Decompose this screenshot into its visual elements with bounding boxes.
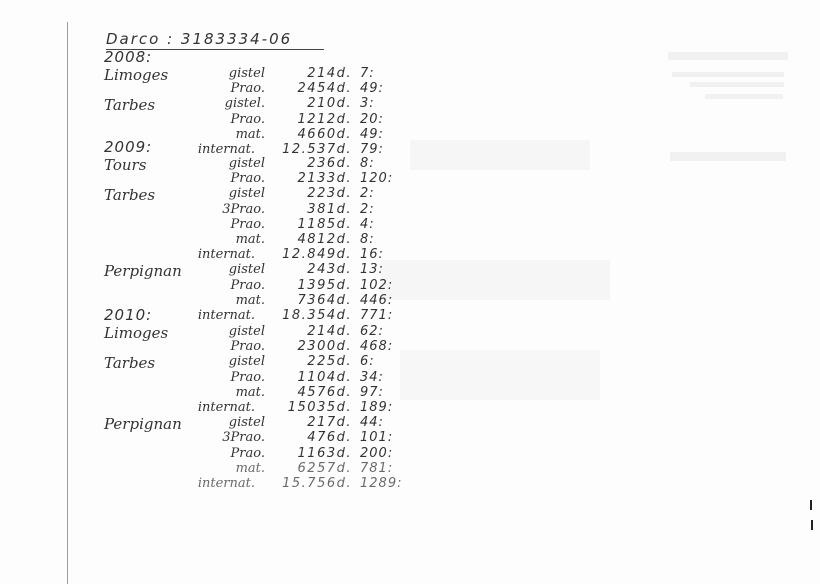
count-value: 4:	[360, 217, 410, 232]
days-value: 6257d.	[262, 461, 352, 476]
category-label: internat.	[175, 308, 255, 323]
days-value: 1163d.	[262, 446, 352, 461]
category-label: 3Prao.	[185, 202, 265, 217]
category-label: gistel	[185, 415, 265, 430]
count-value: 200:	[360, 446, 410, 461]
category-label: Prao.	[185, 217, 265, 232]
scanned-page: Darco : 3183334-06 2008:Limogesgistel214…	[0, 0, 820, 584]
category-label: Prao.	[185, 446, 265, 461]
days-value: 214d.	[262, 324, 352, 339]
ledger-row: internat.15.756d.1289:	[0, 476, 820, 494]
category-label: internat.	[175, 142, 255, 157]
edge-mark	[810, 500, 812, 510]
count-value: 16:	[360, 247, 410, 262]
count-value: 2:	[360, 186, 410, 201]
count-value: 49:	[360, 127, 410, 142]
count-value: 8:	[360, 156, 410, 171]
category-label: gistel	[185, 66, 265, 81]
count-value: 20:	[360, 112, 410, 127]
days-value: 1212d.	[262, 112, 352, 127]
count-value: 781:	[360, 461, 410, 476]
days-value: 4660d.	[262, 127, 352, 142]
count-value: 120:	[360, 171, 410, 186]
count-value: 102:	[360, 278, 410, 293]
days-value: 15.756d.	[262, 476, 352, 491]
category-label: internat.	[175, 400, 255, 415]
days-value: 210d.	[262, 96, 352, 111]
category-label: mat.	[185, 385, 265, 400]
days-value: 18.354d.	[262, 308, 352, 323]
bleed-through-text	[668, 52, 788, 60]
days-value: 12.849d.	[262, 247, 352, 262]
count-value: 468:	[360, 339, 410, 354]
days-value: 2300d.	[262, 339, 352, 354]
days-value: 4576d.	[262, 385, 352, 400]
category-label: gistel.	[185, 96, 265, 111]
category-label: gistel	[185, 262, 265, 277]
category-label: mat.	[185, 461, 265, 476]
category-label: mat.	[185, 232, 265, 247]
category-label: Prao.	[185, 81, 265, 96]
count-value: 6:	[360, 354, 410, 369]
count-value: 3:	[360, 96, 410, 111]
count-value: 44:	[360, 415, 410, 430]
days-value: 225d.	[262, 354, 352, 369]
days-value: 2133d.	[262, 171, 352, 186]
days-value: 381d.	[262, 202, 352, 217]
category-label: internat.	[175, 247, 255, 262]
count-value: 189:	[360, 400, 410, 415]
days-value: 223d.	[262, 186, 352, 201]
days-value: 236d.	[262, 156, 352, 171]
category-label: 3Prao.	[185, 430, 265, 445]
edge-mark	[811, 520, 813, 530]
days-value: 476d.	[262, 430, 352, 445]
days-value: 15035d.	[262, 400, 352, 415]
count-value: 62:	[360, 324, 410, 339]
category-label: Prao.	[185, 112, 265, 127]
count-value: 8:	[360, 232, 410, 247]
days-value: 4812d.	[262, 232, 352, 247]
count-value: 2:	[360, 202, 410, 217]
year-heading: 2008:	[104, 48, 152, 66]
days-value: 12.537d.	[262, 142, 352, 157]
days-value: 214d.	[262, 66, 352, 81]
document-header: Darco : 3183334-06	[106, 30, 324, 50]
days-value: 2454d.	[262, 81, 352, 96]
count-value: 101:	[360, 430, 410, 445]
count-value: 7:	[360, 66, 410, 81]
days-value: 7364d.	[262, 293, 352, 308]
count-value: 79:	[360, 142, 410, 157]
category-label: gistel	[185, 354, 265, 369]
category-label: Prao.	[185, 370, 265, 385]
days-value: 217d.	[262, 415, 352, 430]
count-value: 97:	[360, 385, 410, 400]
category-label: Prao.	[185, 171, 265, 186]
category-label: mat.	[185, 127, 265, 142]
days-value: 1185d.	[262, 217, 352, 232]
category-label: mat.	[185, 293, 265, 308]
category-label: internat.	[175, 476, 255, 491]
days-value: 1395d.	[262, 278, 352, 293]
count-value: 446:	[360, 293, 410, 308]
count-value: 34:	[360, 370, 410, 385]
days-value: 243d.	[262, 262, 352, 277]
category-label: gistel	[185, 324, 265, 339]
count-value: 1289:	[360, 476, 410, 491]
category-label: Prao.	[185, 339, 265, 354]
category-label: gistel	[185, 156, 265, 171]
category-label: Prao.	[185, 278, 265, 293]
category-label: gistel	[185, 186, 265, 201]
year-heading: 2009:	[104, 138, 152, 156]
days-value: 1104d.	[262, 370, 352, 385]
count-value: 13:	[360, 262, 410, 277]
count-value: 771:	[360, 308, 410, 323]
year-heading: 2010:	[104, 306, 152, 324]
count-value: 49:	[360, 81, 410, 96]
